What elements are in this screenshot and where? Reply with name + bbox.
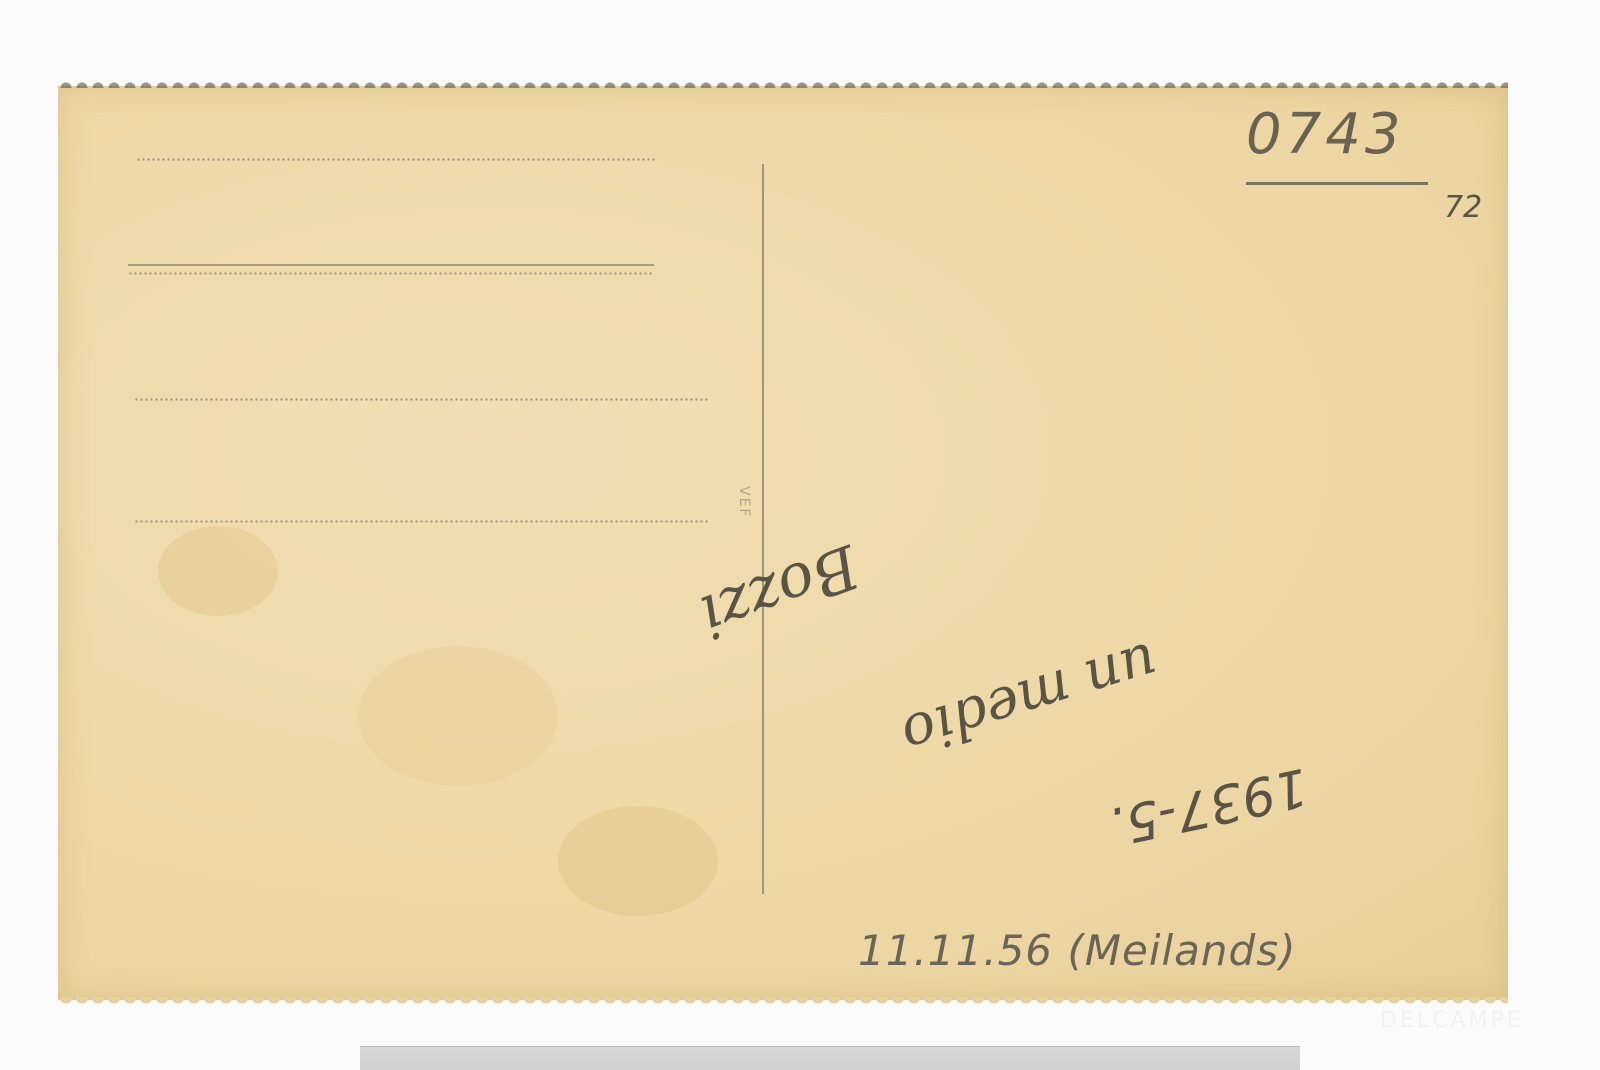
reference-subscript: 72 [1444,190,1482,225]
bottom-date-note: 11.11.56 (Meilands) [858,926,1296,975]
handwritten-line-1: Bozzi [691,530,868,651]
reference-underline [1246,182,1428,185]
address-line [134,520,708,523]
underlying-card-edge [360,1046,1300,1070]
address-line [134,398,708,401]
address-line [136,158,656,161]
paper-stain [158,526,278,616]
handwritten-line-3: 1937-5. [1104,756,1313,856]
center-divider [762,164,764,894]
address-line [128,272,654,275]
watermark: DELCAMPE [1380,1008,1524,1033]
postcard-back: VEF 0743 72 Bozzi un medio 1937-5. 11.11… [58,86,1508,1000]
reference-number: 0743 [1246,102,1405,167]
divider-mark: VEF [736,486,752,518]
paper-stain [558,806,718,916]
handwritten-line-2: un medio [894,629,1165,768]
paper-stain [358,646,558,786]
address-line-solid [128,264,654,266]
